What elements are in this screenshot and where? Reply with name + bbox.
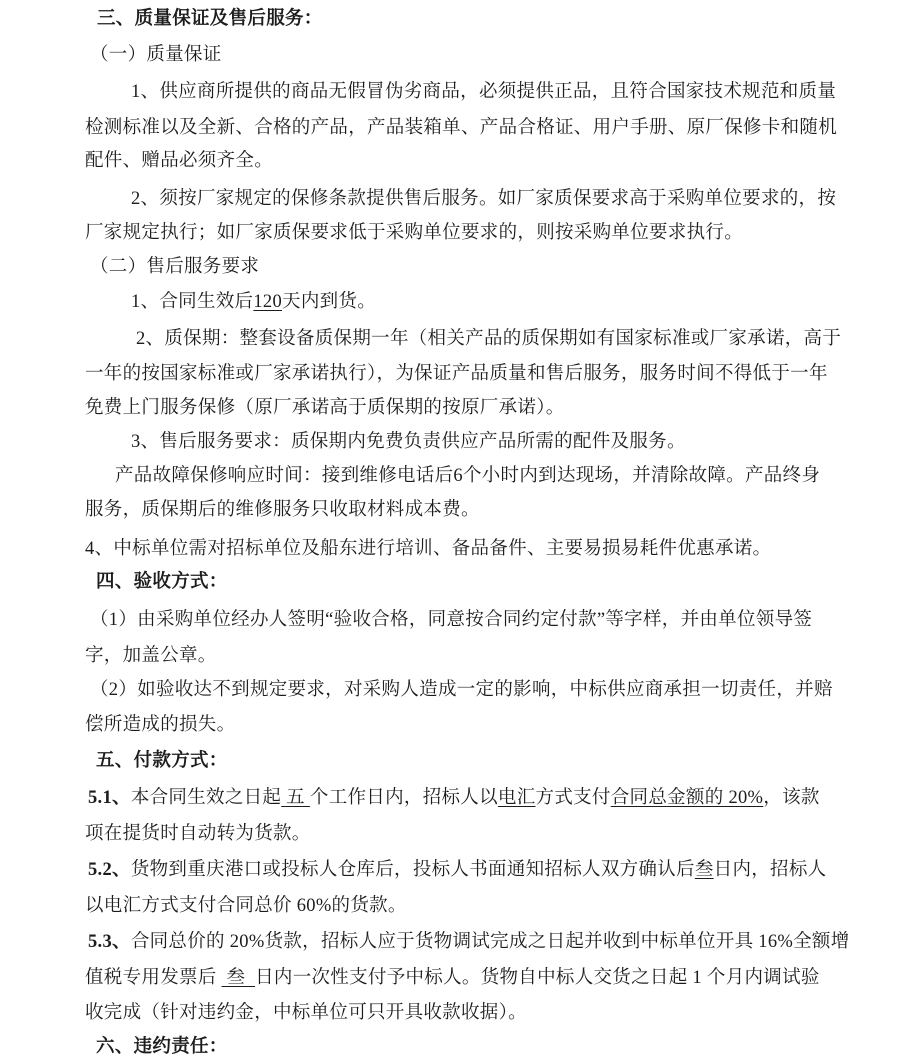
text-run: 1、供应商所提供的商品无假冒伪劣商品，必须提供正品，且符合国家技术规范和质量 xyxy=(131,82,836,102)
text-run: 字，加盖公章。 xyxy=(85,646,217,666)
text-run: 配件、赠品必须齐全。 xyxy=(85,151,273,171)
text-line: 厂家规定执行；如厂家质保要求低于采购单位要求的，则按采购单位要求执行。 xyxy=(85,222,743,244)
text-line: 产品故障保修响应时间：接到维修电话后6个小时内到达现场，并清除故障。产品终身 xyxy=(115,465,820,487)
text-line: 配件、赠品必须齐全。 xyxy=(85,150,273,172)
text-run: 检测标准以及全新、合格的产品，产品装箱单、产品合格证、用户手册、原厂保修卡和随机 xyxy=(85,118,837,138)
text-run: 一年的按国家标准或厂家承诺执行），为保证产品质量和售后服务，服务时间不得低于一年 xyxy=(85,364,828,384)
heading-line: 六、违约责任： xyxy=(96,1036,228,1055)
text-run: 厂家规定执行；如厂家质保要求低于采购单位要求的，则按采购单位要求执行。 xyxy=(85,223,743,243)
text-run: 五、付款方式： xyxy=(96,751,228,771)
text-run: 天内到货。 xyxy=(282,292,376,312)
text-run: 2、质保期：整套设备质保期一年（相关产品的质保期如有国家标准或厂家承诺，高于 xyxy=(136,329,841,349)
text-line: （一）质量保证 xyxy=(90,44,222,66)
text-line: 服务，质保期后的维修服务只收取材料成本费。 xyxy=(85,499,480,521)
text-run: （2）如验收达不到规定要求，对采购人造成一定的影响，中标供应商承担一切责任，并赔 xyxy=(90,680,833,700)
text-run: 个工作日内，招标人以 xyxy=(310,788,498,808)
text-run: （1）由采购单位经办人签明“验收合格，同意按合同约定付款”等字样，并由单位领导签 xyxy=(90,610,812,630)
text-line: 1、合同生效后120天内到货。 xyxy=(131,291,376,313)
text-line: （2）如验收达不到规定要求，对采购人造成一定的影响，中标供应商承担一切责任，并赔 xyxy=(90,679,833,701)
underlined-text-run: 合同总金额的 20% xyxy=(611,788,764,808)
text-run: 本合同生效之日起 xyxy=(131,788,281,808)
text-line: 4、中标单位需对招标单位及船东进行培训、备品备件、主要易损易耗件优惠承诺。 xyxy=(85,538,771,560)
text-run: 三、质量保证及售后服务： xyxy=(97,9,323,29)
text-line: 收完成（针对违约金，中标单位可只开具收款收据）。 xyxy=(85,1002,527,1024)
text-line: 2、须按厂家规定的保修条款提供售后服务。如厂家质保要求高于采购单位要求的，按 xyxy=(131,188,836,210)
text-run: 收完成（针对违约金，中标单位可只开具收款收据）。 xyxy=(85,1003,527,1023)
text-run: 合同总价的 20%货款，招标人应于货物调试完成之日起并收到中标单位开具 16%全… xyxy=(131,932,850,952)
text-run: 5.3、 xyxy=(88,932,131,952)
heading-line: 四、验收方式： xyxy=(96,571,228,593)
text-line: （1）由采购单位经办人签明“验收合格，同意按合同约定付款”等字样，并由单位领导签 xyxy=(90,609,812,631)
text-run: 5.2、 xyxy=(88,860,131,880)
text-run: 项在提货时自动转为货款。 xyxy=(85,824,311,844)
text-line: 字，加盖公章。 xyxy=(85,645,217,667)
text-line: 5.2、货物到重庆港口或投标人仓库后，投标人书面通知招标人双方确认后叁日内，招标… xyxy=(88,859,826,881)
text-run: 服务，质保期后的维修服务只收取材料成本费。 xyxy=(85,500,480,520)
underlined-text-run: 五 xyxy=(281,788,310,808)
text-line: 5.1、本合同生效之日起 五 个工作日内，招标人以电汇方式支付合同总金额的 20… xyxy=(88,787,820,809)
heading-line: 三、质量保证及售后服务： xyxy=(97,8,323,30)
text-run: （一）质量保证 xyxy=(90,45,222,65)
text-run: 偿所造成的损失。 xyxy=(85,715,235,735)
underlined-text-run: 电汇 xyxy=(498,788,536,808)
text-line: 2、质保期：整套设备质保期一年（相关产品的质保期如有国家标准或厂家承诺，高于 xyxy=(136,328,841,350)
text-run: 四、验收方式： xyxy=(96,572,228,592)
text-line: 值税专用发票后 叁 日内一次性支付予中标人。货物自中标人交货之日起 1 个月内调… xyxy=(85,967,820,989)
text-run: 货物到重庆港口或投标人仓库后，投标人书面通知招标人双方确认后 xyxy=(131,860,695,880)
text-run: 日内一次性支付予中标人。货物自中标人交货之日起 1 个月内调试验 xyxy=(255,968,820,988)
document-page: 三、质量保证及售后服务：（一）质量保证1、供应商所提供的商品无假冒伪劣商品，必须… xyxy=(0,0,900,1055)
text-run: 日内，招标人 xyxy=(714,860,827,880)
text-line: 偿所造成的损失。 xyxy=(85,714,235,736)
text-line: 一年的按国家标准或厂家承诺执行），为保证产品质量和售后服务，服务时间不得低于一年 xyxy=(85,363,828,385)
text-run: 3、售后服务要求：质保期内免费负责供应产品所需的配件及服务。 xyxy=(131,432,686,452)
text-run: 以电汇方式支付合同总价 60%的货款。 xyxy=(85,896,407,916)
text-line: 1、供应商所提供的商品无假冒伪劣商品，必须提供正品，且符合国家技术规范和质量 xyxy=(131,81,836,103)
underlined-text-run: 叁 xyxy=(695,860,714,880)
text-run: 4、中标单位需对招标单位及船东进行培训、备品备件、主要易损易耗件优惠承诺。 xyxy=(85,539,771,559)
text-line: 项在提货时自动转为货款。 xyxy=(85,823,311,845)
text-run: 2、须按厂家规定的保修条款提供售后服务。如厂家质保要求高于采购单位要求的，按 xyxy=(131,189,836,209)
text-line: （二）售后服务要求 xyxy=(90,256,259,278)
text-line: 5.3、合同总价的 20%货款，招标人应于货物调试完成之日起并收到中标单位开具 … xyxy=(88,931,850,953)
text-run: 1、合同生效后 xyxy=(131,292,253,312)
text-line: 以电汇方式支付合同总价 60%的货款。 xyxy=(85,895,407,917)
text-run: 方式支付 xyxy=(536,788,611,808)
text-run: 六、违约责任： xyxy=(96,1037,228,1055)
text-line: 3、售后服务要求：质保期内免费负责供应产品所需的配件及服务。 xyxy=(131,431,686,453)
text-run: 值税专用发票后 xyxy=(85,968,222,988)
heading-line: 五、付款方式： xyxy=(96,750,228,772)
text-run: ，该款 xyxy=(763,788,819,808)
text-run: 5.1、 xyxy=(88,788,131,808)
text-run: 产品故障保修响应时间：接到维修电话后6个小时内到达现场，并清除故障。产品终身 xyxy=(115,466,820,486)
text-line: 检测标准以及全新、合格的产品，产品装箱单、产品合格证、用户手册、原厂保修卡和随机 xyxy=(85,117,837,139)
underlined-text-run: 叁 xyxy=(222,968,256,988)
text-run: 免费上门服务保修（原厂承诺高于质保期的按原厂承诺）。 xyxy=(85,398,565,418)
text-line: 免费上门服务保修（原厂承诺高于质保期的按原厂承诺）。 xyxy=(85,397,565,419)
underlined-text-run: 120 xyxy=(253,292,282,312)
text-run: （二）售后服务要求 xyxy=(90,257,259,277)
